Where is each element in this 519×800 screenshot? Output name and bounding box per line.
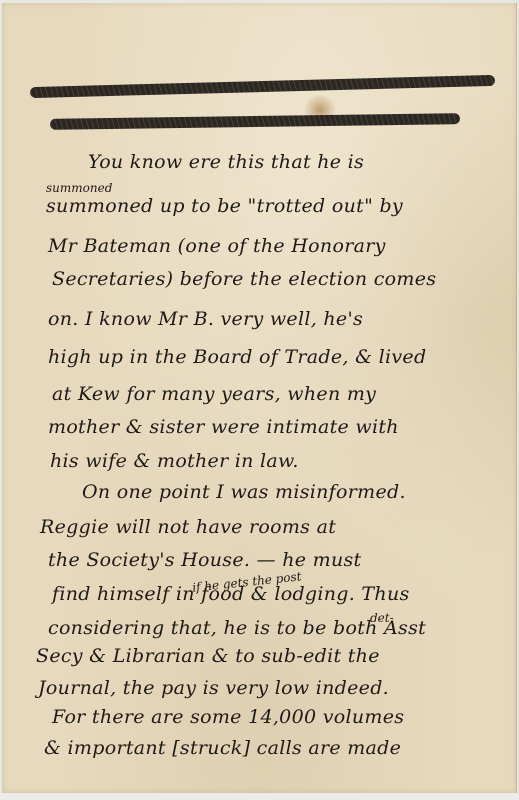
letter-line-15: Secy & Librarian & to sub-edit the (36, 645, 380, 667)
letter-page: summoned if he gets the post det- You kn… (2, 3, 517, 793)
letter-line-18: & important [struck] calls are made (44, 737, 401, 759)
letter-line-9: his wife & mother in law. (50, 450, 299, 472)
cancelled-line-2 (50, 113, 460, 130)
letter-line-2: summoned up to be "trotted out" by (46, 195, 403, 217)
letter-line-14: considering that, he is to be both Asst (48, 617, 426, 639)
insertion-summoned: summoned (46, 181, 112, 195)
letter-line-4: Secretaries) before the election comes (52, 268, 436, 290)
letter-line-12: the Society's House. — he must (48, 549, 361, 571)
letter-line-1: You know ere this that he is (88, 151, 364, 173)
letter-line-13: find himself in food & lodging. Thus (52, 583, 410, 605)
letter-line-6: high up in the Board of Trade, & lived (48, 346, 426, 368)
letter-line-7: at Kew for many years, when my (52, 383, 376, 405)
paper-edge (516, 3, 517, 793)
letter-line-17: For there are some 14,000 volumes (52, 706, 404, 728)
scan-background (0, 793, 519, 800)
letter-line-16: Journal, the pay is very low indeed. (38, 677, 389, 699)
cancelled-line-1 (30, 75, 495, 98)
letter-line-8: mother & sister were intimate with (48, 416, 399, 438)
letter-line-5: on. I know Mr B. very well, he's (48, 308, 363, 330)
letter-line-10: On one point I was misinformed. (82, 481, 406, 503)
letter-line-11: Reggie will not have rooms at (40, 516, 336, 538)
letter-line-3: Mr Bateman (one of the Honorary (48, 235, 386, 257)
